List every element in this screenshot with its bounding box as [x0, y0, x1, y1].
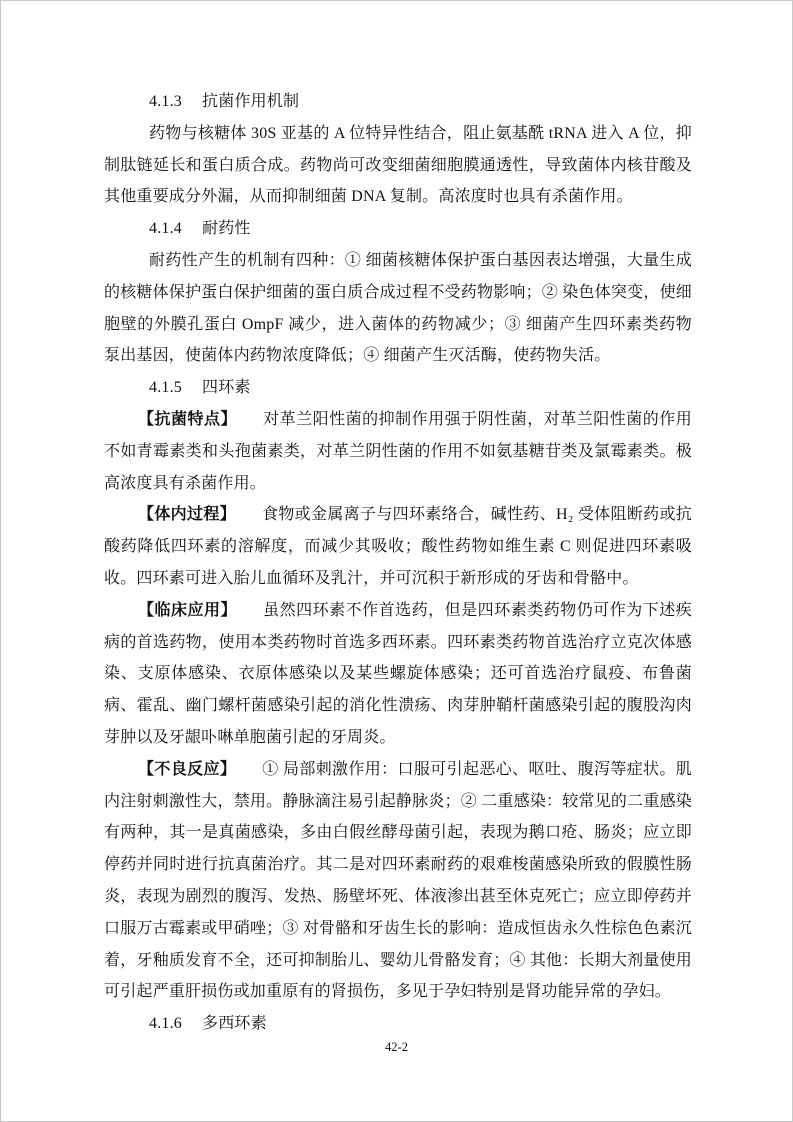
section-number: 4.1.4: [149, 220, 182, 237]
bracket-label: 【不良反应】: [138, 761, 236, 778]
paragraph-text: ① 局部刺激作用：口服可引起恶心、呕吐、腹泻等症状。肌内注射刺激性大，禁用。静脉…: [104, 761, 692, 1001]
page-footer: 42-2: [1, 1039, 792, 1055]
paragraph-resistance: 耐药性产生的机制有四种：① 细菌核糖体保护蛋白基因表达增强，大量生成的核糖体保护…: [104, 245, 692, 372]
document-content: 4.1.3抗菌作用机制 药物与核糖体 30S 亚基的 A 位特异性结合，阻止氨基…: [104, 86, 692, 1040]
section-number: 4.1.3: [149, 93, 182, 110]
section-title: 四环素: [202, 379, 251, 396]
section-heading-4-1-4: 4.1.4耐药性: [104, 213, 692, 245]
bracket-label: 【体内过程】: [138, 506, 236, 523]
page-number: 42-2: [385, 1040, 408, 1054]
paragraph-text: 虽然四环素不作首选药，但是四环素类药物仍可作为下述疾病的首选药物，使用本类药物时…: [104, 602, 692, 746]
document-page: 4.1.3抗菌作用机制 药物与核糖体 30S 亚基的 A 位特异性结合，阻止氨基…: [0, 0, 793, 1122]
paragraph-clinical-use: 【临床应用】虽然四环素不作首选药，但是四环素类药物仍可作为下述疾病的首选药物，使…: [104, 595, 692, 754]
section-title: 耐药性: [202, 220, 251, 237]
paragraph-antibacterial-mechanism: 药物与核糖体 30S 亚基的 A 位特异性结合，阻止氨基酰 tRNA 进入 A …: [104, 118, 692, 213]
paragraph-antibacterial-features: 【抗菌特点】对革兰阳性菌的抑制作用强于阴性菌，对革兰阳性菌的作用不如青霉素类和头…: [104, 404, 692, 499]
section-number: 4.1.5: [149, 379, 182, 396]
section-title: 抗菌作用机制: [202, 93, 299, 110]
section-heading-4-1-6: 4.1.6多西环素: [104, 1008, 692, 1040]
paragraph-adverse-reactions: 【不良反应】① 局部刺激作用：口服可引起恶心、呕吐、腹泻等症状。肌内注射刺激性大…: [104, 754, 692, 1008]
bracket-label: 【抗菌特点】: [138, 411, 237, 428]
section-heading-4-1-3: 4.1.3抗菌作用机制: [104, 86, 692, 118]
paragraph-pharmacokinetics: 【体内过程】食物或金属离子与四环素络合，碱性药、H₂ 受体阻断药或抗酸药降低四环…: [104, 499, 692, 594]
section-heading-4-1-5: 4.1.5四环素: [104, 372, 692, 404]
section-number: 4.1.6: [149, 1015, 182, 1032]
bracket-label: 【临床应用】: [138, 602, 237, 619]
section-title: 多西环素: [202, 1015, 267, 1032]
